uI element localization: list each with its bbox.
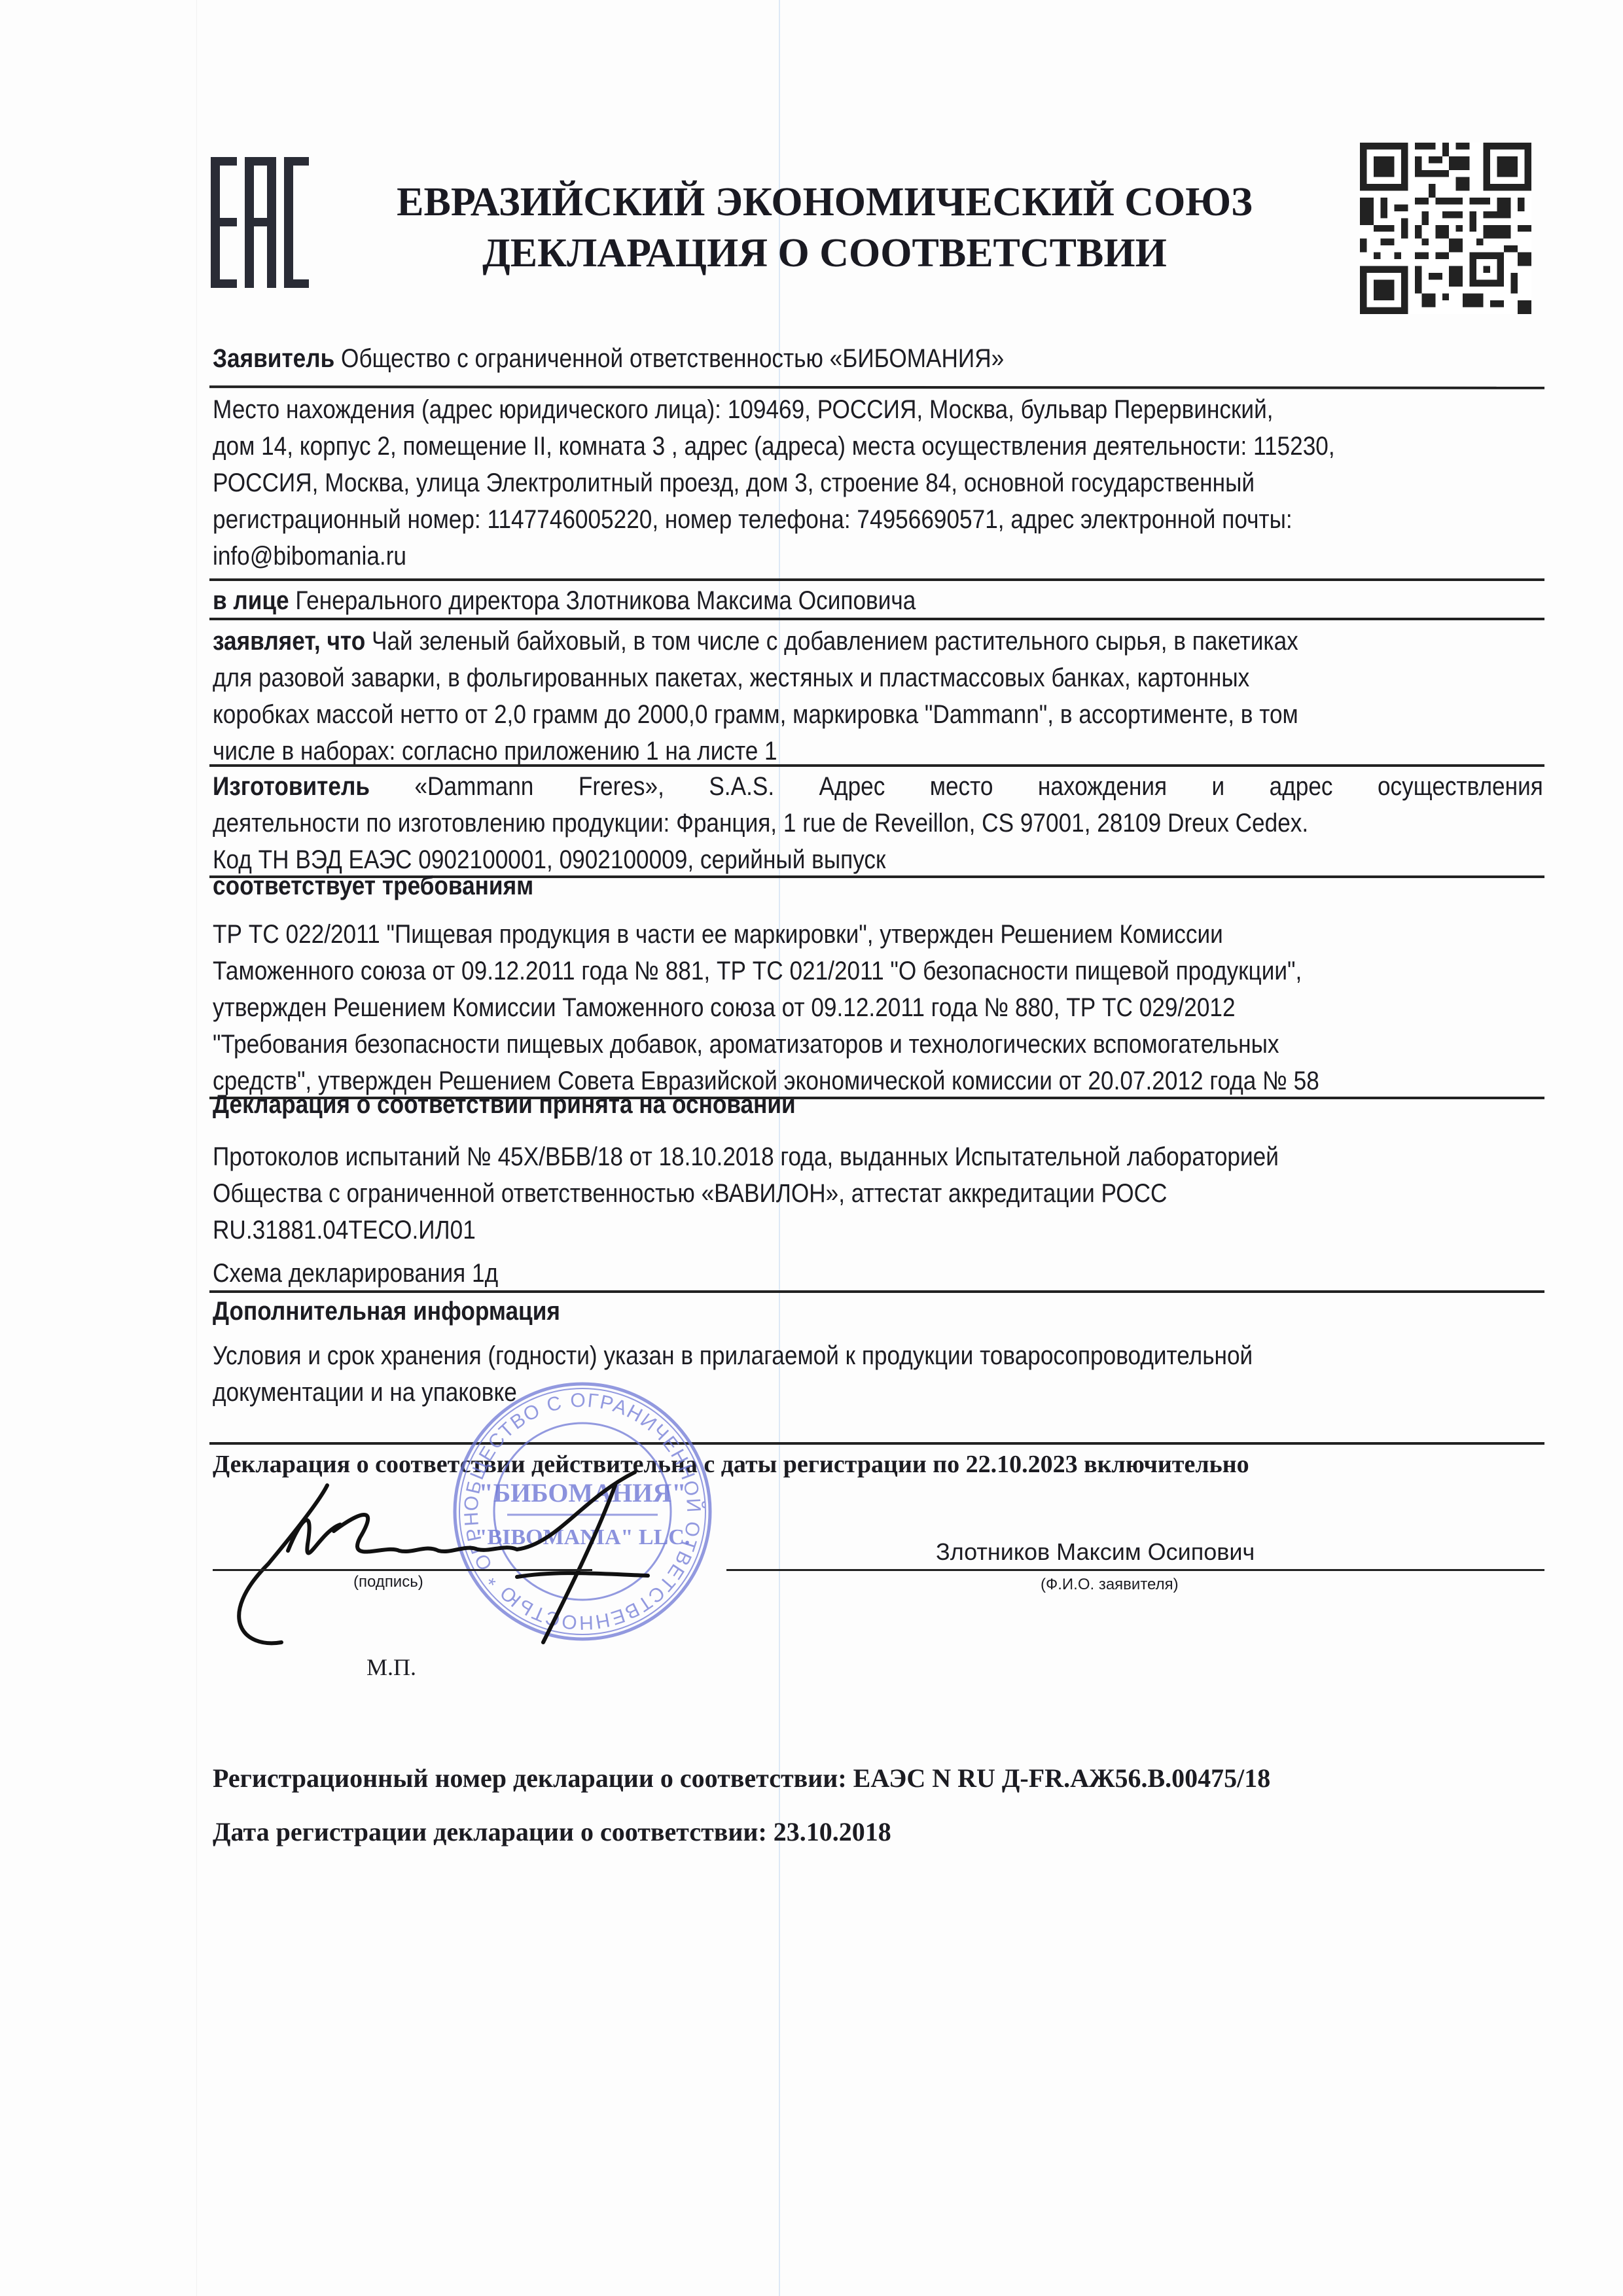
name-caption: (Ф.И.О. заявителя) (1041, 1576, 1179, 1594)
signature-caption: (подпись) (353, 1573, 423, 1591)
signature-line (213, 1569, 592, 1571)
declares-line: коробках массой нетто от 2,0 грамм до 20… (213, 696, 1543, 733)
declares-line: для разовой заварки, в фольгированных па… (213, 660, 1543, 696)
applicant-section: Заявитель Общество с ограниченной ответс… (213, 340, 1543, 377)
declares-line: Чай зеленый байховый, в том числе с доба… (372, 627, 1298, 656)
basis-line: RU.31881.04ТЕСО.ИЛ01 (213, 1212, 1543, 1248)
representative-section: в лице Генерального директора Злотникова… (213, 582, 1543, 619)
requirement-line: Таможенного союза от 09.12.2011 года № 8… (213, 953, 1543, 989)
manufacturer-label: Изготовитель (213, 772, 370, 801)
registration-number: Регистрационный номер декларации о соотв… (213, 1760, 1544, 1797)
representative-value: Генерального директора Злотникова Максим… (295, 586, 916, 615)
applicant-label: Заявитель (213, 344, 334, 373)
address-line: регистрационный номер: 1147746005220, но… (213, 501, 1543, 538)
document-title: ЕВРАЗИЙСКИЙ ЭКОНОМИЧЕСКИЙ СОЮЗ ДЕКЛАРАЦИ… (366, 177, 1283, 279)
scan-artifact-line (196, 0, 197, 2296)
basis-line: Протоколов испытаний № 45Х/ВБВ/18 от 18.… (213, 1139, 1543, 1175)
handwritten-signature-icon (190, 1446, 687, 1655)
manufacturer-line: «Dammann Freres», S.A.S. Адрес место нах… (414, 772, 1543, 801)
title-union: ЕВРАЗИЙСКИЙ ЭКОНОМИЧЕСКИЙ СОЮЗ (366, 177, 1283, 228)
requirement-line: "Требования безопасности пищевых добавок… (213, 1026, 1543, 1063)
basis-line: Общества с ограниченной ответственностью… (213, 1175, 1543, 1212)
seal-place: М.П. (366, 1649, 497, 1686)
additional-line: документации и на упаковке (213, 1374, 1543, 1411)
declaration-scheme: Схема декларирования 1д (213, 1255, 1543, 1292)
address-section: Место нахождения (адрес юридического лиц… (213, 391, 1543, 574)
declaration-page: ЕВРАЗИЙСКИЙ ЭКОНОМИЧЕСКИЙ СОЮЗ ДЕКЛАРАЦИ… (0, 0, 1623, 2296)
address-line: дом 14, корпус 2, помещение II, комната … (213, 428, 1543, 465)
name-line (726, 1569, 1544, 1571)
additional-section: Условия и срок хранения (годности) указа… (213, 1337, 1543, 1411)
additional-line: Условия и срок хранения (годности) указа… (213, 1337, 1543, 1374)
basis-label: Декларация о соответствии принята на осн… (213, 1086, 1543, 1123)
registration-date: Дата регистрации декларации о соответств… (213, 1814, 1544, 1850)
additional-label: Дополнительная информация (213, 1293, 1543, 1330)
requirement-line: утвержден Решением Комиссии Таможенного … (213, 989, 1543, 1026)
address-line: Место нахождения (адрес юридического лиц… (213, 391, 1543, 428)
manufacturer-section: Изготовитель «Dammann Freres», S.A.S. Ад… (213, 768, 1543, 878)
eac-logo-icon (211, 157, 309, 288)
registration-number-value: ЕАЭС N RU Д-FR.АЖ56.В.00475/18 (853, 1763, 1271, 1793)
qr-code-icon[interactable] (1360, 143, 1531, 314)
divider (209, 764, 1544, 767)
declares-section: заявляет, что Чай зеленый байховый, в то… (213, 623, 1543, 769)
divider (209, 618, 1544, 620)
applicant-name: Злотников Максим Осипович (936, 1534, 1329, 1570)
basis-section: Протоколов испытаний № 45Х/ВБВ/18 от 18.… (213, 1139, 1543, 1248)
email-link[interactable]: info@bibomania.ru (213, 538, 1543, 574)
representative-label: в лице (213, 586, 289, 615)
divider (209, 385, 1544, 389)
requirements-label: соответствует требованиям (213, 868, 1543, 904)
registration-date-value: 23.10.2018 (774, 1817, 891, 1846)
title-declaration: ДЕКЛАРАЦИЯ О СООТВЕТСТВИИ (366, 228, 1283, 279)
manufacturer-line: деятельности по изготовлению продукции: … (213, 805, 1543, 841)
address-line: РОССИЯ, Москва, улица Электролитный прое… (213, 465, 1543, 501)
declares-label: заявляет, что (213, 627, 365, 656)
divider (209, 578, 1544, 581)
applicant-value: Общество с ограниченной ответственностью… (341, 344, 1004, 373)
divider (209, 1442, 1544, 1445)
registration-number-label: Регистрационный номер декларации о соотв… (213, 1763, 847, 1793)
registration-date-label: Дата регистрации декларации о соответств… (213, 1817, 767, 1846)
requirement-line: ТР ТС 022/2011 "Пищевая продукция в част… (213, 916, 1543, 953)
requirements-section: ТР ТС 022/2011 "Пищевая продукция в част… (213, 916, 1543, 1099)
